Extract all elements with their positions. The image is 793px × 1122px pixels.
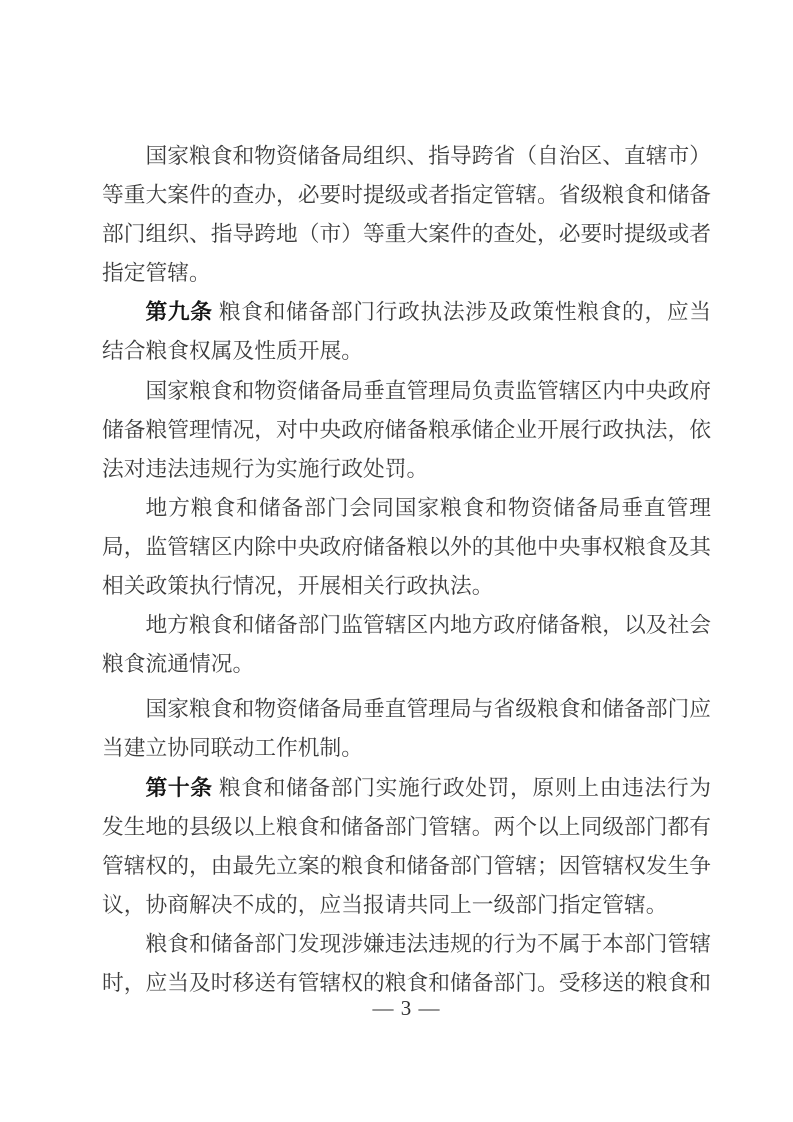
paragraph-text: 粮食和储备部门发现涉嫌违法违规的行为不属于本部门管辖时，应当及时移送有管辖权的粮… [102,932,711,995]
paragraph: 地方粮食和储备部门监管辖区内地方政府储备粮，以及社会粮食流通情况。 [102,606,711,684]
paragraph: 国家粮食和物资储备局垂直管理局与省级粮食和储备部门应当建立协同联动工作机制。 [102,690,711,768]
article-number: 第十条 [146,776,213,800]
paragraph: 粮食和储备部门发现涉嫌违法违规的行为不属于本部门管辖时，应当及时移送有管辖权的粮… [102,925,711,1003]
document-page: 国家粮食和物资储备局组织、指导跨省（自治区、直辖市）等重大案件的查办，必要时提级… [0,0,793,1122]
paragraph: 地方粮食和储备部门会同国家粮食和物资储备局垂直管理局，监管辖区内除中央政府储备粮… [102,489,711,606]
paragraph: 第九条 粮食和储备部门行政执法涉及政策性粮食的，应当结合粮食权属及性质开展。 [102,293,711,371]
article-number: 第九条 [146,300,213,324]
paragraph-text: 地方粮食和储备部门会同国家粮食和物资储备局垂直管理局，监管辖区内除中央政府储备粮… [102,496,711,598]
paragraph-text: 国家粮食和物资储备局垂直管理局负责监管辖区内中央政府储备粮管理情况，对中央政府储… [102,379,711,481]
document-body: 国家粮食和物资储备局组织、指导跨省（自治区、直辖市）等重大案件的查办，必要时提级… [102,137,711,1003]
paragraph: 国家粮食和物资储备局组织、指导跨省（自治区、直辖市）等重大案件的查办，必要时提级… [102,137,711,293]
page-number: — 3 — [102,995,711,1021]
paragraph-text: 地方粮食和储备部门监管辖区内地方政府储备粮，以及社会粮食流通情况。 [102,613,711,676]
paragraph-text: 国家粮食和物资储备局组织、指导跨省（自治区、直辖市）等重大案件的查办，必要时提级… [102,144,711,285]
paragraph-text: 国家粮食和物资储备局垂直管理局与省级粮食和储备部门应当建立协同联动工作机制。 [102,697,711,760]
paragraph: 第十条 粮食和储备部门实施行政处罚，原则上由违法行为发生地的县级以上粮食和储备部… [102,769,711,925]
paragraph: 国家粮食和物资储备局垂直管理局负责监管辖区内中央政府储备粮管理情况，对中央政府储… [102,372,711,489]
